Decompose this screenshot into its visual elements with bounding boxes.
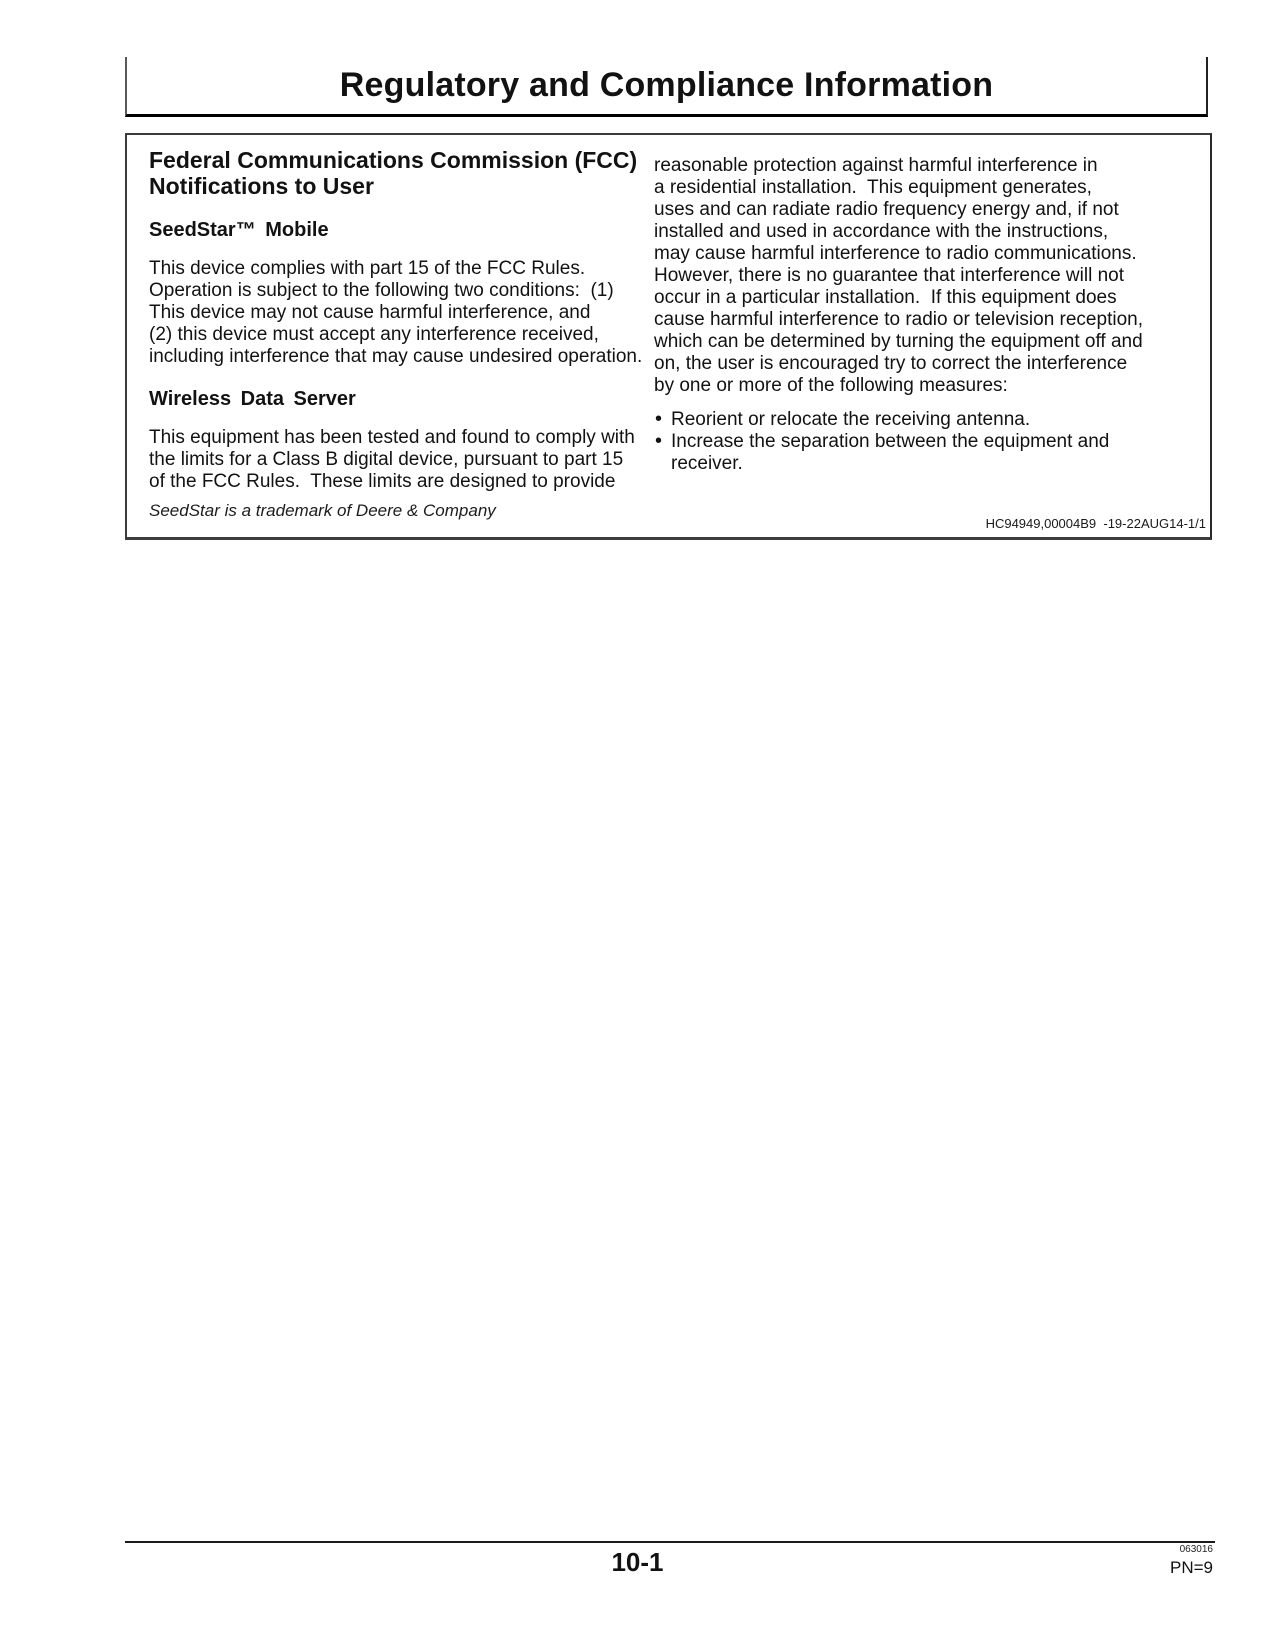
part-number: PN=9 <box>1170 1558 1213 1577</box>
fcc-section-box: Federal Communications Commission (FCC) … <box>125 133 1212 540</box>
print-code: 063016 <box>1170 1544 1213 1555</box>
page-title: Regulatory and Compliance Information <box>340 66 993 105</box>
subheading-wireless-data-server: Wireless Data Server <box>149 388 638 411</box>
page-title-banner: Regulatory and Compliance Information <box>125 57 1208 117</box>
measures-list: Reorient or relocate the receiving anten… <box>654 409 1194 475</box>
list-item-reorient-antenna: Reorient or relocate the receiving anten… <box>654 409 1194 431</box>
footer-divider <box>125 1541 1215 1543</box>
left-column: Federal Communications Commission (FCC) … <box>149 147 638 521</box>
trademark-note: SeedStar is a trademark of Deere & Compa… <box>149 501 638 521</box>
page-number: 10-1 <box>0 1547 1275 1578</box>
paragraph-equipment-tested: This equipment has been tested and found… <box>149 427 638 493</box>
right-column: reasonable protection against harmful in… <box>654 147 1194 521</box>
document-code: HC94949,00004B9 -19-22AUG14-1/1 <box>986 516 1206 531</box>
two-column-layout: Federal Communications Commission (FCC) … <box>127 135 1210 521</box>
paragraph-device-compliance: This device complies with part 15 of the… <box>149 258 638 368</box>
footer-meta: 063016 PN=9 <box>1170 1544 1213 1577</box>
list-item-increase-separation: Increase the separation between the equi… <box>654 431 1194 475</box>
paragraph-protection: reasonable protection against harmful in… <box>654 155 1194 397</box>
subheading-seedstar-mobile: SeedStar™ Mobile <box>149 219 638 242</box>
section-heading-fcc: Federal Communications Commission (FCC) … <box>149 147 638 199</box>
